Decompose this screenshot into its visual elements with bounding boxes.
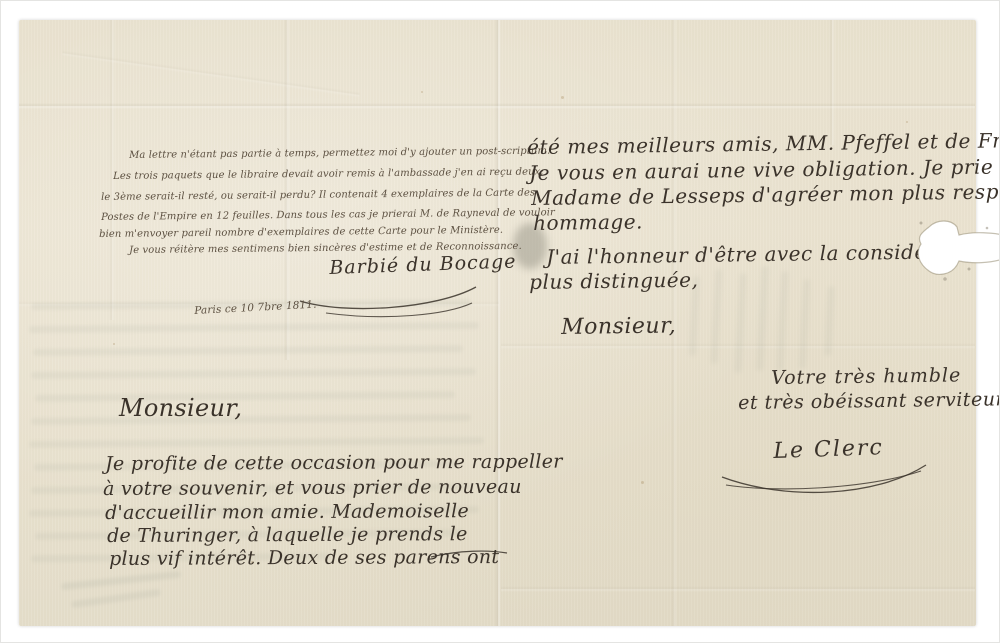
paper-hole <box>899 211 1000 289</box>
salutation-left: Monsieur, <box>119 394 242 422</box>
letter-photo: Ma lettre n'étant pas partie à temps, pe… <box>0 0 1000 643</box>
body-line: de Thuringer, à laquelle je prends le <box>107 523 468 547</box>
signature-flourish <box>296 275 481 320</box>
valediction-line: Votre très humble <box>771 364 961 389</box>
foxing-spot <box>113 343 115 345</box>
valediction-line: et très obéissant serviteur <box>738 388 1000 414</box>
pen-stroke <box>429 546 509 561</box>
closing-line: plus distinguée, <box>529 268 699 294</box>
foxing-spot <box>561 96 564 99</box>
salutation-right: Monsieur, <box>561 313 676 340</box>
foxing-spot <box>421 91 423 93</box>
fold-crease <box>501 586 975 592</box>
foxing-spot <box>641 481 644 484</box>
signature-flourish <box>716 459 931 499</box>
center-fold-crease <box>495 20 501 626</box>
body-line: hommage. <box>533 209 643 235</box>
fold-crease <box>829 20 835 145</box>
body-line: à votre souvenir, et vous prier de nouve… <box>103 476 522 500</box>
foxing-spot <box>906 121 908 123</box>
body-line: d'accueillir mon amie. Mademoiselle <box>105 500 469 524</box>
fold-crease <box>19 103 975 109</box>
body-line: Je profite de cette occasion pour me rap… <box>105 451 563 475</box>
